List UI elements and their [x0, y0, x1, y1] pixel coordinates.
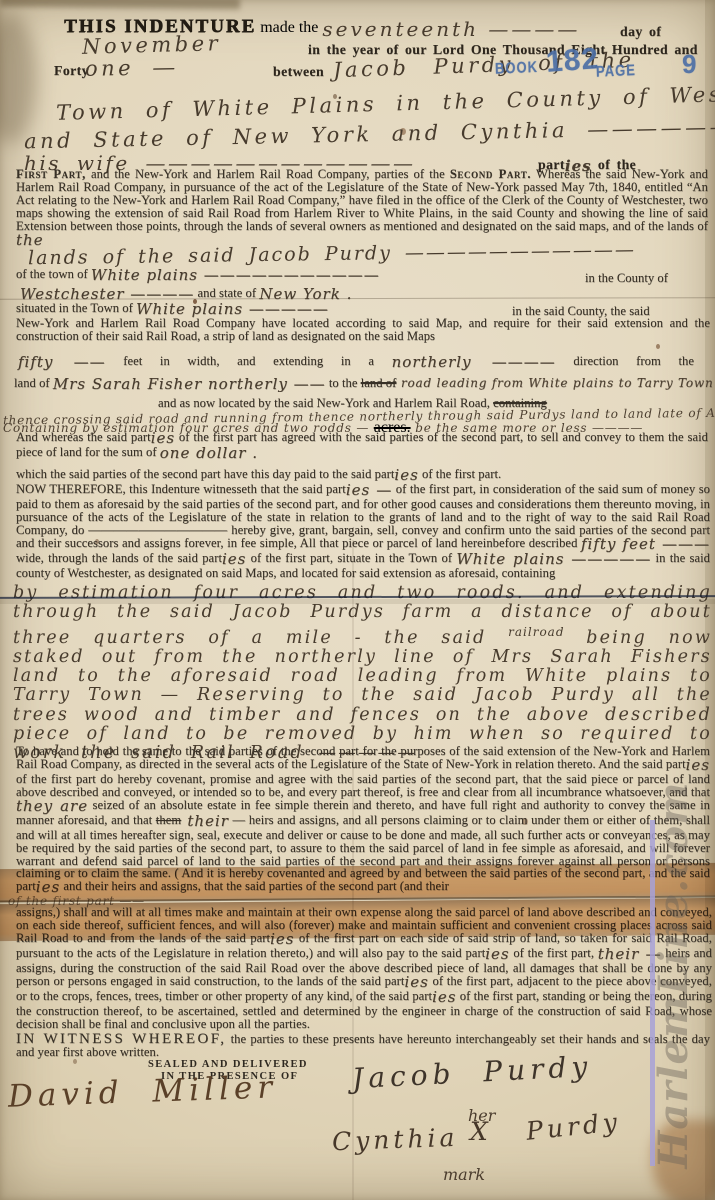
town-fill-line: of the town of White plains ——————————— — [16, 268, 380, 283]
situated-town-line: situated in the Town of White plains ———… — [16, 302, 329, 317]
forty-label: Forty — [54, 63, 89, 79]
wife-signature-last-name: Purdy — [525, 1107, 623, 1146]
month-handwritten: November — [82, 31, 222, 58]
recital-paragraph: First Part, and the New-York and Harlem … — [16, 168, 708, 248]
land-of-fisher-line: land of Mrs Sarah Fisher northerly —— to… — [14, 377, 715, 392]
witness-signature: David Miller — [7, 1069, 277, 1114]
now-therefore-paragraph: NOW THEREFORE, this Indenture witnesseth… — [16, 483, 710, 580]
day-of-label: day of — [620, 24, 661, 40]
harlemline-watermark: HarlemLine.com — [650, 750, 694, 1200]
fold-shadow — [0, 599, 715, 604]
torn-top-edge — [0, 0, 240, 9]
agreement-paragraph: And whereas the said parties of the firs… — [16, 431, 708, 461]
page-stamp-label: PAGE — [596, 61, 636, 81]
mark-annotation: mark — [443, 1165, 485, 1184]
location-paragraph: New-York and Harlem Rail Road Company ha… — [16, 317, 710, 343]
book-number-stamp: 182 — [545, 42, 600, 80]
payment-line: which the said parties of the second par… — [16, 468, 501, 483]
wife-x-mark: X — [470, 1117, 488, 1146]
between-label: between — [273, 64, 324, 80]
top-left-stain — [0, 14, 37, 144]
tape-stain-lower — [0, 898, 715, 941]
book-stamp-label: BOOK — [495, 58, 538, 78]
strip-width-line: fifty —— feet in width, and extending in… — [18, 355, 694, 370]
year-one-handwritten: one ― — [85, 55, 178, 80]
sealed-and-delivered-label: SEALED AND DELIVERED — [148, 1059, 308, 1070]
in-witness-whereof-paragraph: IN WITNESS WHEREOF, the parties to these… — [16, 1033, 710, 1059]
page-number-stamp: 9 — [682, 49, 696, 80]
wife-signature-first-name: Cynthia — [332, 1123, 459, 1156]
handwritten-description-block: by estimation four acres and two roods. … — [13, 584, 712, 764]
indenture-document-page: THIS INDENTURE made the seventeenth ————… — [0, 0, 715, 1200]
county-of-label: in the County of — [585, 272, 668, 285]
